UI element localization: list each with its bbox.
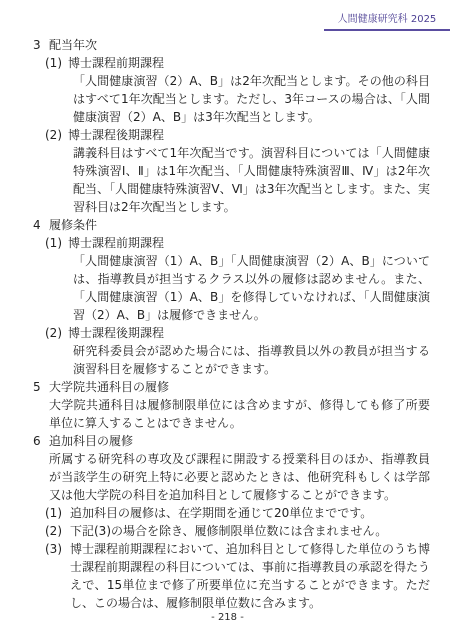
- section-heading: 4 履修条件: [33, 216, 430, 234]
- section-body-text: 大学院共通科目は履修制限単位には含めますが、修得しても修了所要単位に算入すること…: [49, 396, 430, 432]
- section-registration-conditions: 4 履修条件 (1) 博士課程前期課程 「人間健康演習（1）A、B」「人間健康演…: [33, 216, 430, 378]
- item-body-text: 「人間健康演習（1）A、B」「人間健康演習（2）A、B」については、指導教員が担…: [73, 252, 430, 324]
- item-marker: (3): [45, 540, 70, 612]
- list-item: (3) 博士課程前期課程において、追加科目として修得した単位のうち博士課程前期課…: [45, 540, 430, 612]
- section-title: 大学院共通科目の履修: [49, 378, 430, 396]
- item-title: 博士課程後期課程: [68, 126, 430, 144]
- list-item: (2) 博士課程後期課程 講義科目はすべて1年次配当です。演習科目については「人…: [45, 126, 430, 216]
- list-item: (1) 博士課程前期課程 「人間健康演習（2）A、B」は2年次配当とします。その…: [45, 54, 430, 126]
- section-common-graduate-subjects: 5 大学院共通科目の履修 大学院共通科目は履修制限単位には含めますが、修得しても…: [33, 378, 430, 432]
- document-body: 3 配当年次 (1) 博士課程前期課程 「人間健康演習（2）A、B」は2年次配当…: [33, 36, 430, 612]
- item-body-text: 講義科目はすべて1年次配当です。演習科目については「人間健康特殊演習Ⅰ、Ⅱ」は1…: [73, 144, 430, 216]
- item-title: 博士課程前期課程: [68, 54, 430, 72]
- item-marker: (2): [45, 522, 70, 540]
- item-title: 博士課程前期課程: [68, 234, 430, 252]
- item-heading: (1) 博士課程前期課程: [45, 234, 430, 252]
- item-marker: (1): [45, 504, 70, 522]
- item-heading: (2) 博士課程後期課程: [45, 324, 430, 342]
- section-heading: 5 大学院共通科目の履修: [33, 378, 430, 396]
- item-title: 博士課程後期課程: [68, 324, 430, 342]
- item-marker: (2): [45, 126, 68, 144]
- item-marker: (2): [45, 324, 68, 342]
- item-marker: (1): [45, 234, 68, 252]
- item-marker: (1): [45, 54, 68, 72]
- section-body-text: 所属する研究科の専攻及び課程に開設する授業科目のほか、指導教員が当該学生の研究上…: [49, 450, 430, 504]
- page-header: 人間健康研究科 2025: [324, 13, 450, 31]
- document-page: 人間健康研究科 2025 3 配当年次 (1) 博士課程前期課程 「人間健康演習…: [0, 0, 455, 644]
- list-item: (1) 追加科目の履修は、在学期間を通じて20単位までです。: [45, 504, 430, 522]
- item-heading: (2) 博士課程後期課程: [45, 126, 430, 144]
- section-number: 5: [33, 378, 49, 396]
- item-heading: (1) 博士課程前期課程: [45, 54, 430, 72]
- section-title: 追加科目の履修: [49, 432, 430, 450]
- section-number: 3: [33, 36, 49, 54]
- item-body-text: 追加科目の履修は、在学期間を通じて20単位までです。: [70, 504, 430, 522]
- section-title: 配当年次: [49, 36, 430, 54]
- page-number: - 218 -: [211, 612, 244, 623]
- list-item: (1) 博士課程前期課程 「人間健康演習（1）A、B」「人間健康演習（2）A、B…: [45, 234, 430, 324]
- section-title: 履修条件: [49, 216, 430, 234]
- item-body-text: 「人間健康演習（2）A、B」は2年次配当とします。その他の科目はすべて1年次配当…: [73, 72, 430, 126]
- item-body-text: 研究科委員会が認めた場合には、指導教員以外の教員が担当する演習科目を履修すること…: [73, 342, 430, 378]
- department-year-label: 人間健康研究科 2025: [338, 14, 437, 25]
- section-heading: 3 配当年次: [33, 36, 430, 54]
- item-body-text: 下記(3)の場合を除き、履修制限単位数には含まれません。: [70, 522, 430, 540]
- section-allocation-year: 3 配当年次 (1) 博士課程前期課程 「人間健康演習（2）A、B」は2年次配当…: [33, 36, 430, 216]
- page-footer: - 218 -: [0, 612, 455, 624]
- list-item: (2) 博士課程後期課程 研究科委員会が認めた場合には、指導教員以外の教員が担当…: [45, 324, 430, 378]
- section-number: 4: [33, 216, 49, 234]
- list-item: (2) 下記(3)の場合を除き、履修制限単位数には含まれません。: [45, 522, 430, 540]
- section-heading: 6 追加科目の履修: [33, 432, 430, 450]
- section-additional-subjects: 6 追加科目の履修 所属する研究科の専攻及び課程に開設する授業科目のほか、指導教…: [33, 432, 430, 612]
- section-number: 6: [33, 432, 49, 450]
- item-body-text: 博士課程前期課程において、追加科目として修得した単位のうち博士課程前期課程の科目…: [70, 540, 430, 612]
